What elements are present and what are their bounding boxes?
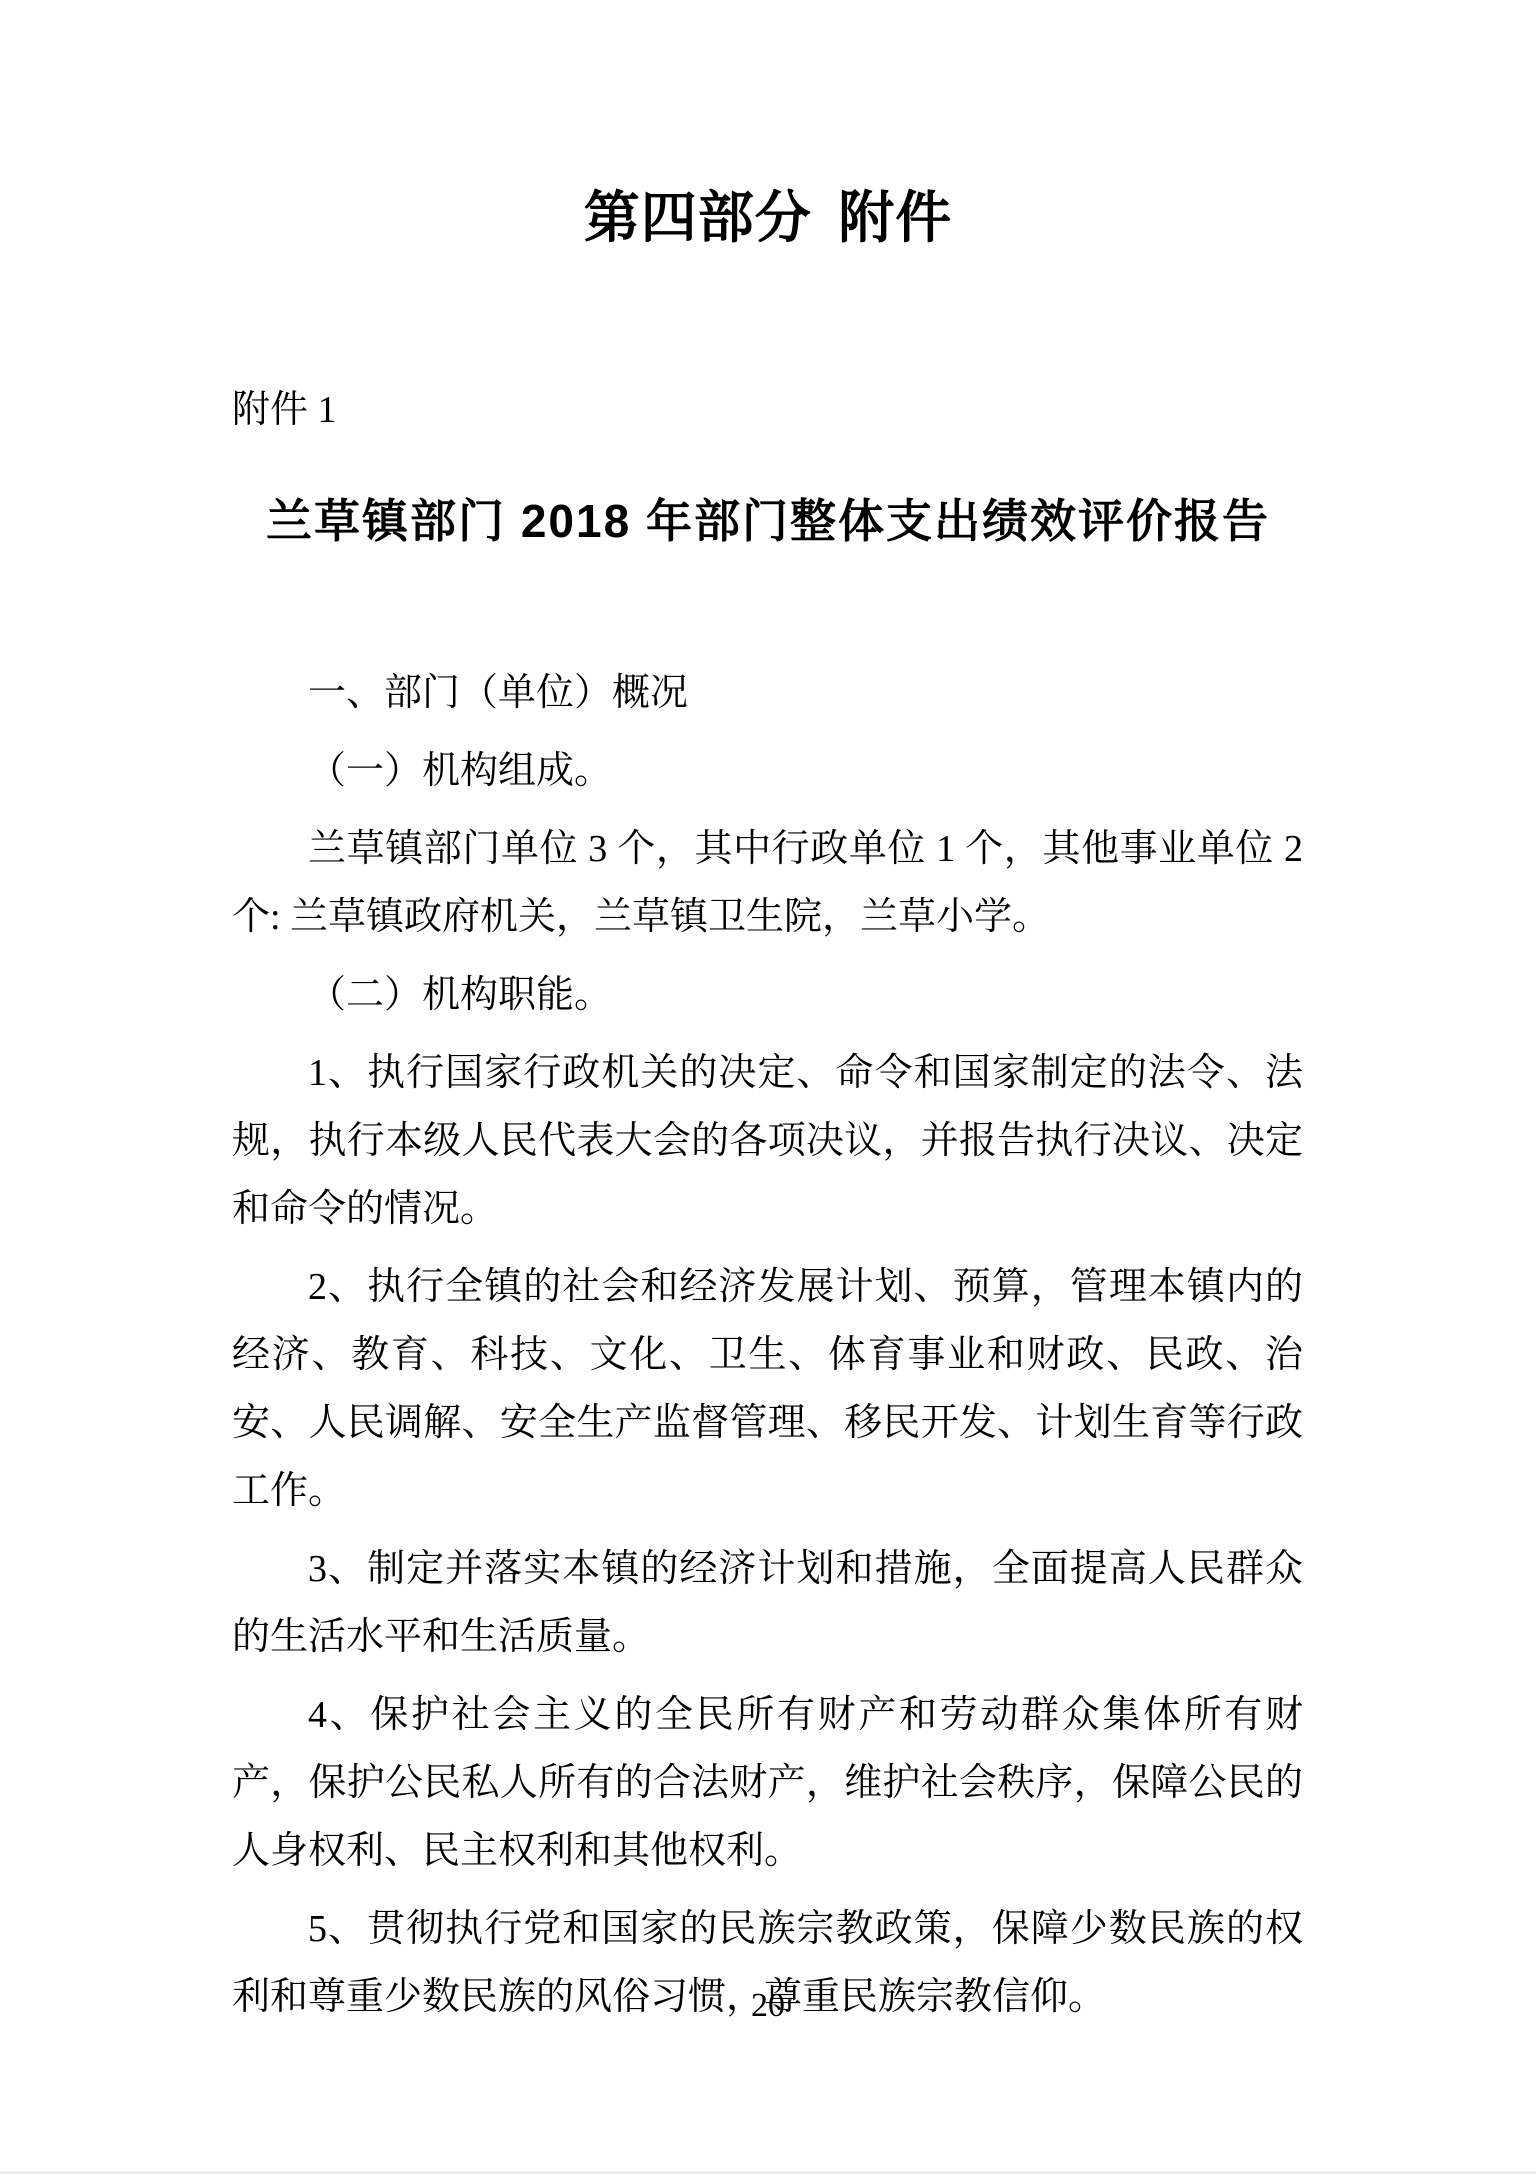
section-title: 第四部分 附件 bbox=[0, 186, 1536, 250]
body-paragraph: 一、部门（单位）概况 bbox=[232, 659, 1303, 727]
body-paragraph: 4、保护社会主义的全民所有财产和劳动群众集体所有财产，保护公民私人所有的合法财产… bbox=[232, 1681, 1303, 1885]
attachment-label: 附件 1 bbox=[232, 388, 337, 434]
report-title: 兰草镇部门 2018 年部门整体支出绩效评价报告 bbox=[80, 494, 1456, 549]
body-paragraph: （一）机构组成。 bbox=[232, 737, 1303, 805]
document-page: 第四部分 附件 附件 1 兰草镇部门 2018 年部门整体支出绩效评价报告 一、… bbox=[0, 0, 1536, 2174]
body-paragraph: 3、制定并落实本镇的经济计划和措施，全面提高人民群众的生活水平和生活质量。 bbox=[232, 1535, 1303, 1671]
body-paragraph: 2、执行全镇的社会和经济发展计划、预算，管理本镇内的经济、教育、科技、文化、卫生… bbox=[232, 1253, 1303, 1525]
page-number: 20 bbox=[0, 1986, 1536, 2027]
body-paragraph: 1、执行国家行政机关的决定、命令和国家制定的法令、法规，执行本级人民代表大会的各… bbox=[232, 1039, 1303, 1243]
body-paragraph: （二）机构职能。 bbox=[232, 961, 1303, 1029]
body-paragraph: 兰草镇部门单位 3 个，其中行政单位 1 个，其他事业单位 2 个: 兰草镇政府… bbox=[232, 815, 1303, 951]
body-text: 一、部门（单位）概况（一）机构组成。兰草镇部门单位 3 个，其中行政单位 1 个… bbox=[232, 659, 1303, 2041]
